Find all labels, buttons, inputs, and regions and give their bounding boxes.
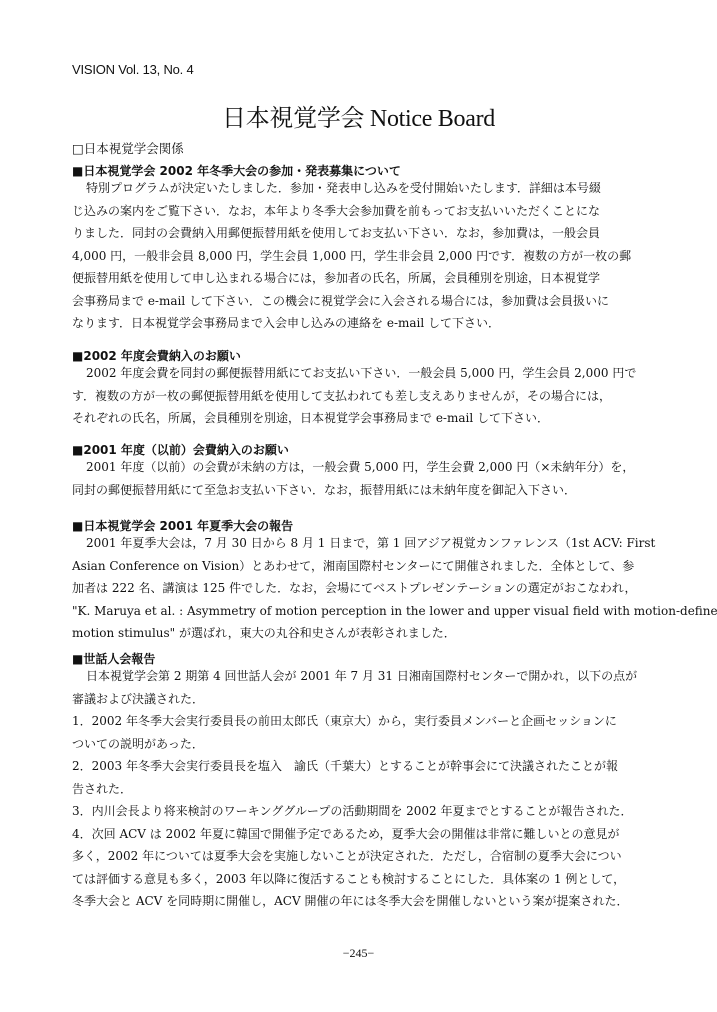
section-body-2001-fees: 2001 年度（以前）の会費が未納の方は，一般会費 5,000 円，学生会費 2… — [72, 456, 632, 501]
running-head: VISION Vol. 13, No. 4 — [72, 62, 194, 77]
text-line: 冬季大会と ACV を同時期に開催し，ACV 開催の年には冬季大会を開催しないと… — [72, 890, 632, 913]
text-line: 便振替用紙を使用して申し込まれる場合には，参加者の氏名，所属，会員種別を別途，日… — [72, 267, 632, 290]
text-line: 4,000 円，一般非会員 8,000 円，学生会員 1,000 円，学生非会員… — [72, 245, 632, 268]
list-item: 1．2002 年冬季大会実行委員長の前田太郎氏（東京大）から，実行委員メンバーと… — [72, 710, 632, 733]
list-item: 4．次回 ACV は 2002 年夏に韓国で開催予定であるため，夏季大会の開催は… — [72, 823, 632, 846]
text-line: 告された． — [72, 778, 632, 801]
text-line: なります．日本視覚学会事務局まで入会申し込みの連絡を e-mail して下さい． — [72, 312, 632, 335]
section-body-summer-report: 2001 年夏季大会は，7 月 30 日から 8 月 1 日まで，第 1 回アジ… — [72, 532, 632, 645]
category-label: □日本視覚学会関係 — [72, 139, 184, 157]
text-line: す．複数の方が一枚の郵便振替用紙を使用して支払われても差し支えありませんが，その… — [72, 385, 632, 408]
text-line: 同封の郵便振替用紙にて至急お支払い下さい．なお，振替用紙には未納年度を御記入下さ… — [72, 479, 632, 502]
text-line: じ込みの案内をご覧下さい．なお，本年より冬季大会参加費を前もってお支払いいただく… — [72, 200, 632, 223]
text-line: りました．同封の会費納入用郵便振替用紙を使用してお支払い下さい．なお，参加費は，… — [72, 222, 632, 245]
text-line: それぞれの氏名，所属，会員種別を別途，日本視覚学会事務局まで e-mail して… — [72, 407, 632, 430]
page-number: −245− — [0, 946, 717, 961]
list-item: 2．2003 年冬季大会実行委員長を塩入 諭氏（千葉大）とすることが幹事会にて決… — [72, 755, 632, 778]
list-item: 3．内川会長より将来検討のワーキンググループの活動期間を 2002 年夏までとす… — [72, 800, 632, 823]
text-line: 2002 年度会費を同封の郵便振替用紙にてお支払い下さい．一般会員 5,000 … — [72, 362, 632, 385]
text-line: 日本視覚学会第 2 期第 4 回世話人会が 2001 年 7 月 31 日湘南国… — [72, 665, 632, 688]
page-title: 日本視覚学会 Notice Board — [0, 98, 717, 133]
text-line: ついての説明があった． — [72, 733, 632, 756]
journal-page: VISION Vol. 13, No. 4 日本視覚学会 Notice Boar… — [0, 0, 717, 1012]
text-line: Asian Conference on Vision）とあわせて，湘南国際村セン… — [72, 555, 632, 578]
section-body-2002-fees: 2002 年度会費を同封の郵便振替用紙にてお支払い下さい．一般会員 5,000 … — [72, 362, 632, 430]
text-line: ては評価する意見も多く，2003 年以降に復活することも検討することにした．具体… — [72, 868, 632, 891]
text-line: 審議および決議された． — [72, 688, 632, 711]
text-line: 多く，2002 年については夏季大会を実施しないことが決定された．ただし，合宿制… — [72, 845, 632, 868]
text-line: 2001 年夏季大会は，7 月 30 日から 8 月 1 日まで，第 1 回アジ… — [72, 532, 632, 555]
section-body-committee-report: 日本視覚学会第 2 期第 4 回世話人会が 2001 年 7 月 31 日湘南国… — [72, 665, 632, 913]
section-body-winter-meeting: 特別プログラムが決定いたしました．参加・発表申し込みを受付開始いたします．詳細は… — [72, 177, 632, 335]
text-line: motion stimulus" が選ばれ，東大の丸谷和史さんが表彰されました． — [72, 622, 632, 645]
text-line: 2001 年度（以前）の会費が未納の方は，一般会費 5,000 円，学生会費 2… — [72, 456, 632, 479]
text-line: 特別プログラムが決定いたしました．参加・発表申し込みを受付開始いたします．詳細は… — [72, 177, 632, 200]
text-line: 会事務局まで e-mail して下さい．この機会に視覚学会に入会される場合には，… — [72, 290, 632, 313]
text-line: "K. Maruya et al. : Asymmetry of motion … — [72, 600, 632, 623]
text-line: 加者は 222 名、講演は 125 件でした．なお，会場にてベストプレゼンテーシ… — [72, 577, 632, 600]
